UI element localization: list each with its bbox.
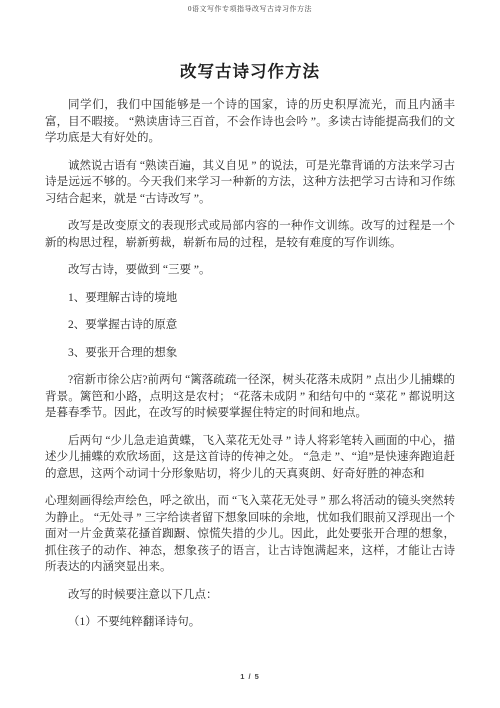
page-title: 改写古诗习作方法 xyxy=(0,58,500,82)
paragraph-three-requirements: 改写古诗，要做到 “三要 ”。 xyxy=(45,262,455,279)
list-item-1: 1、要理解古诗的境地 xyxy=(45,290,455,307)
document-header-text: 0语文写作专项指导改写古诗习作方法 xyxy=(0,0,500,14)
paragraph-intro: 同学们，我们中国能够是一个诗的国家，诗的历史积厚流光，而且内涵丰富，目不暇接。 … xyxy=(45,97,455,147)
document-page: 0语文写作专项指导改写古诗习作方法 改写古诗习作方法 同学们，我们中国能够是一个… xyxy=(0,0,500,708)
paragraph-method: 诚然说古语有 “熟读百遍，其义自见 ” 的说法，可是光靠背诵的方法来学习古诗是远… xyxy=(45,158,455,208)
document-body: 同学们，我们中国能够是一个诗的国家，诗的历史积厚流光，而且内涵丰富，目不暇接。 … xyxy=(45,97,455,631)
page-number: 1 / 5 xyxy=(0,672,500,681)
list-item-3: 3、要张开合理的想象 xyxy=(45,345,455,362)
paragraph-poem-first-lines: ?宿新市徐公店?前两句 “篱落疏疏一径深，树头花落未成阴 ” 点出少儿捕蝶的背景… xyxy=(45,372,455,422)
paragraph-notes-intro: 改写的时候要注意以下几点： xyxy=(45,587,455,604)
list-item-2: 2、要掌握古诗的原意 xyxy=(45,317,455,334)
paragraph-definition: 改写是改变原文的表现形式或局部内容的一种作文训练。改写的过程是一个新的构思过程，… xyxy=(45,218,455,251)
paragraph-poem-last-lines-continued: 心理刻画得绘声绘色，呼之欲出，而 “飞入菜花无处寻 ” 那么将活动的镜头突然转为… xyxy=(45,493,455,576)
paragraph-poem-last-lines: 后两句 “少儿急走追黄蝶，飞入菜花无处寻 ” 诗人将彩笔转入画面的中心，描述少儿… xyxy=(45,433,455,483)
paragraph-note-1: （1）不要纯粹翻译诗句。 xyxy=(45,614,455,631)
